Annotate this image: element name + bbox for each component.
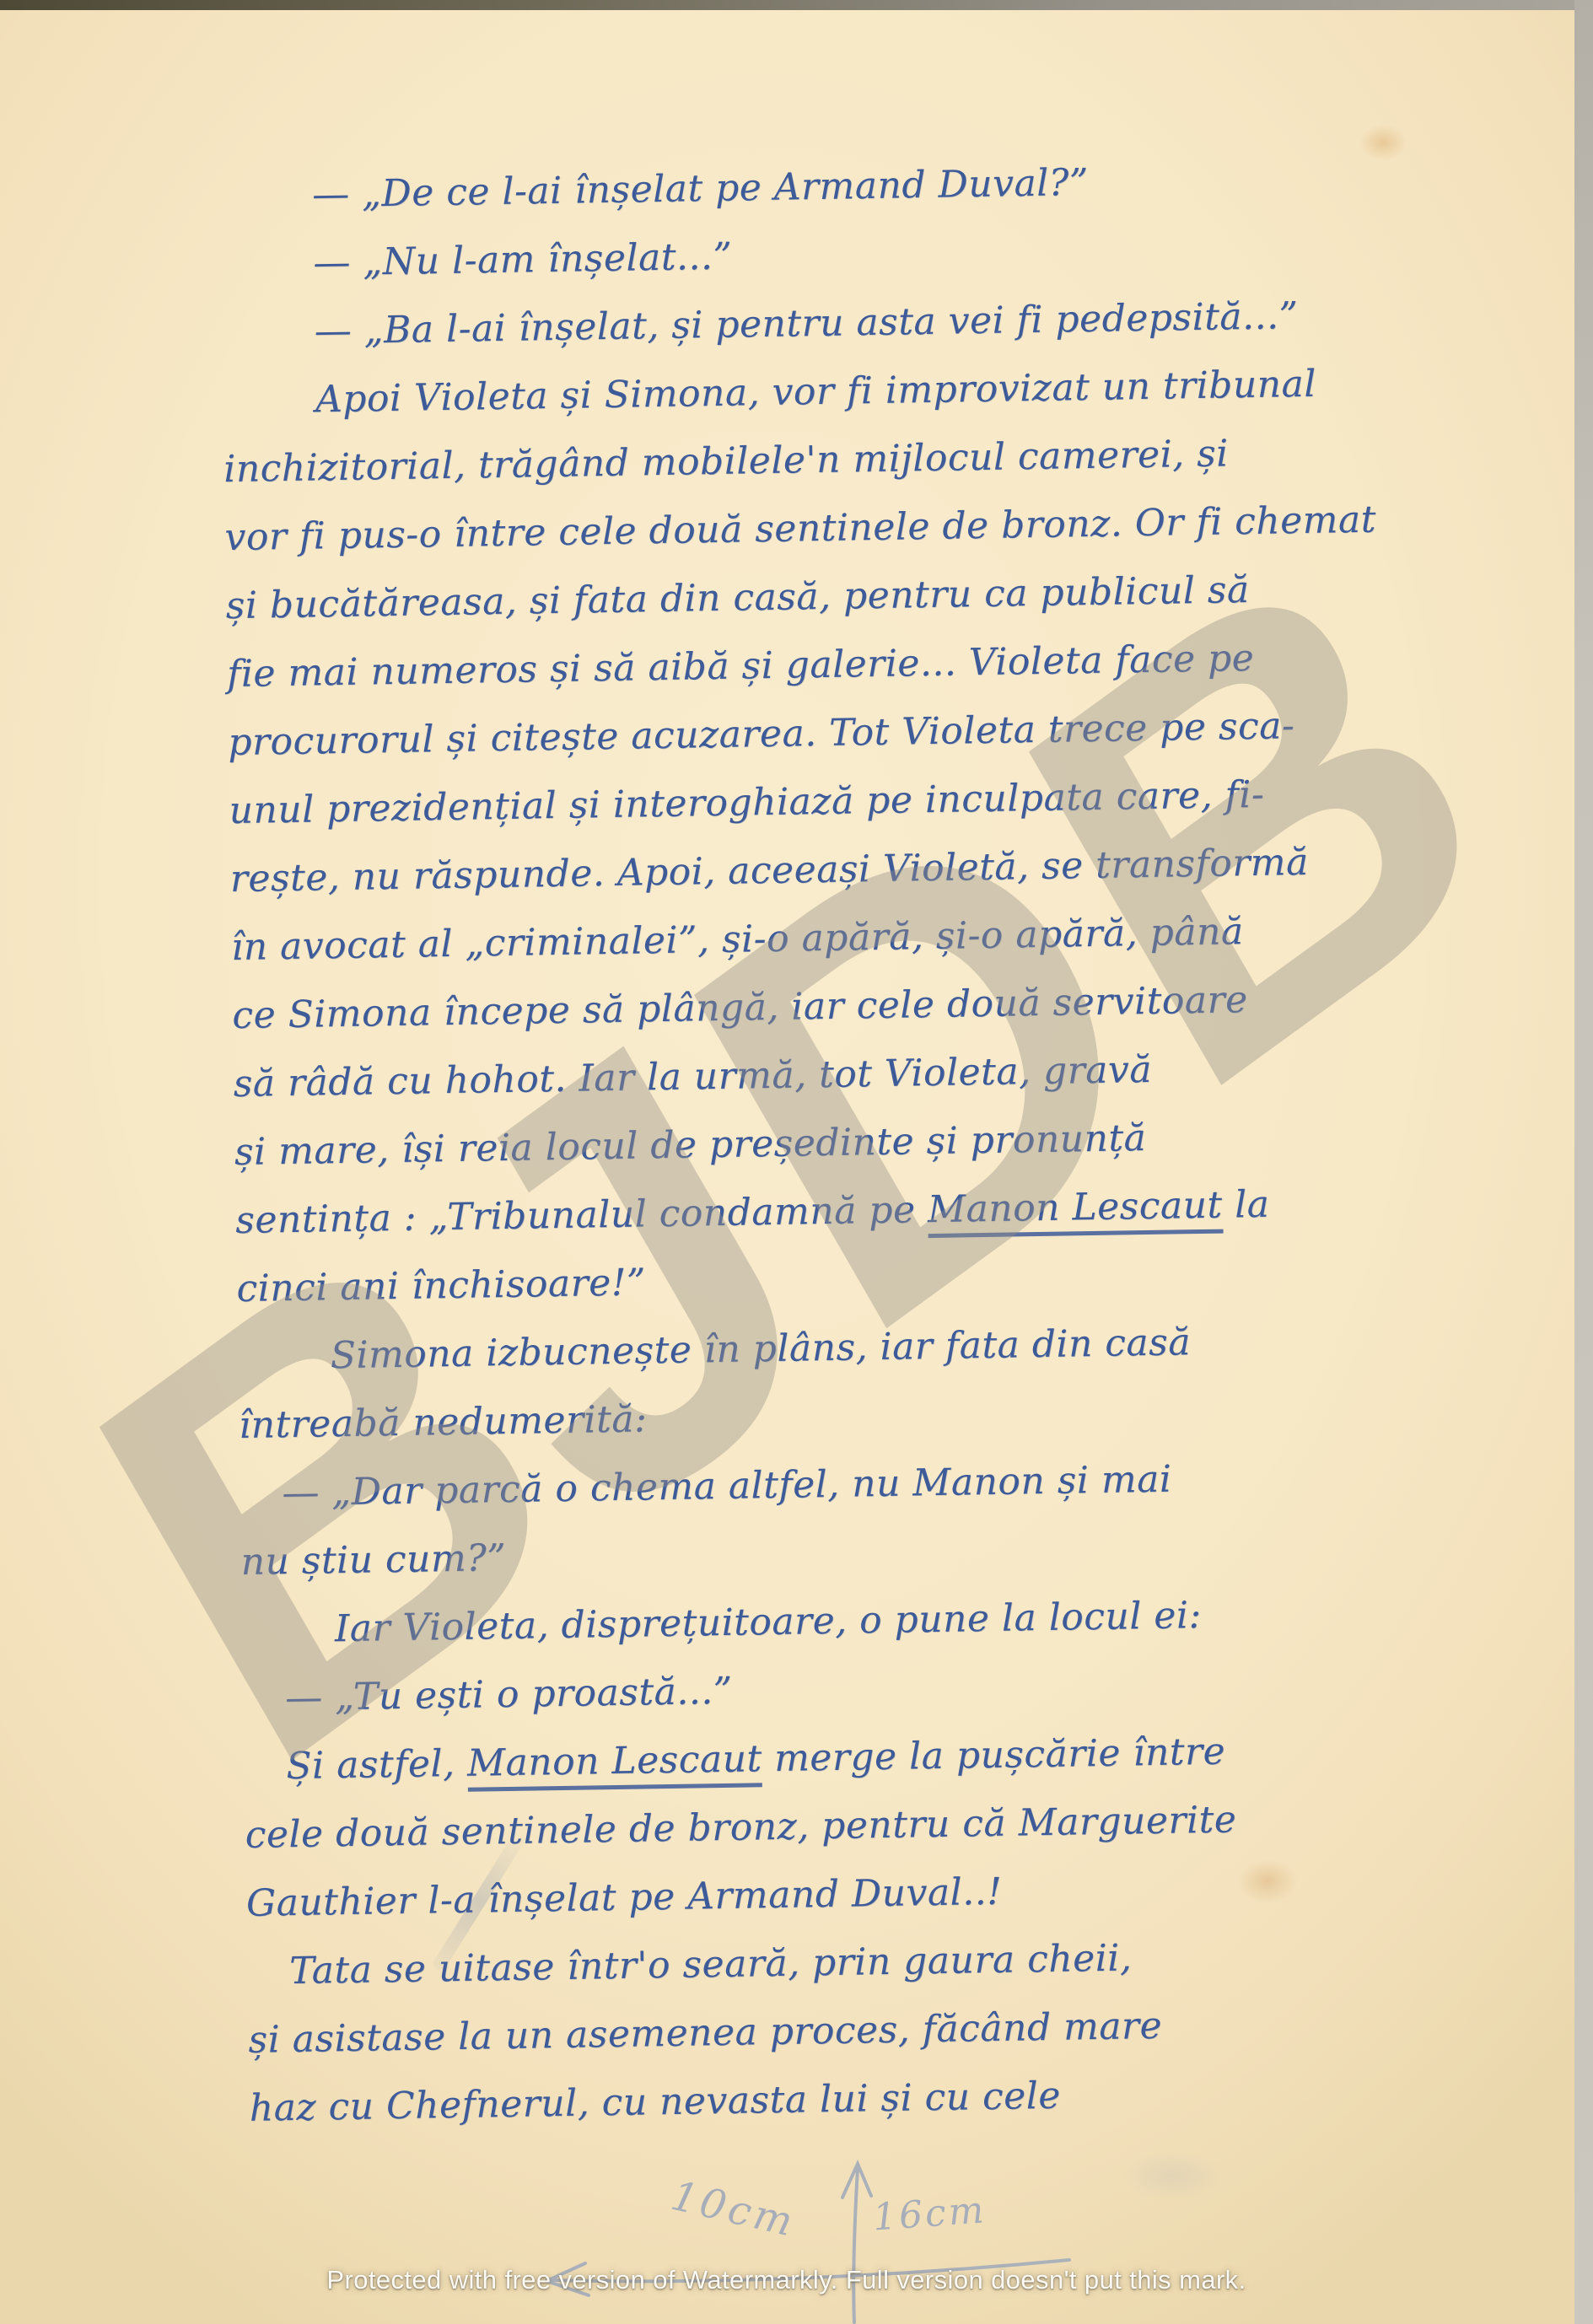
scan-edge-top [0,0,1593,10]
watermarkly-footer-text: Protected with free version of Watermark… [0,2265,1573,2295]
scanned-manuscript-page: — „De ce l-ai înșelat pe Armand Duval?”—… [0,0,1593,2324]
vertical-arrow-shaft [853,2169,858,2322]
scan-edge-right [1574,0,1593,2324]
